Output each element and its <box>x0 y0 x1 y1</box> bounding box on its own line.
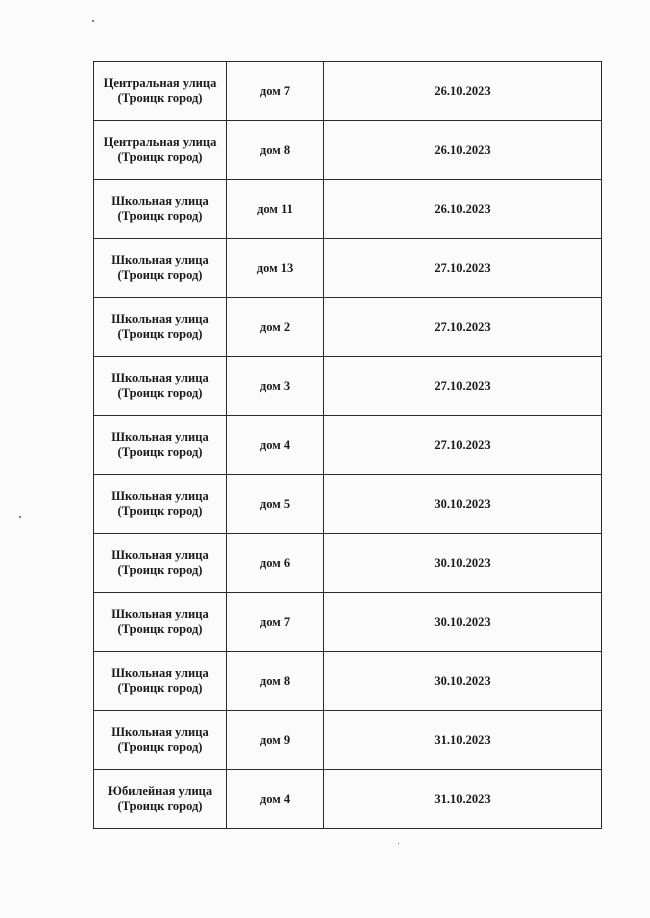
city-name: (Троицк город) <box>94 504 226 519</box>
schedule-table: Центральная улица (Троицк город) дом 7 2… <box>93 61 602 829</box>
street-name: Школьная улица <box>94 430 226 445</box>
street-name: Юбилейная улица <box>94 784 226 799</box>
house-cell: дом 8 <box>227 121 324 180</box>
date-cell: 30.10.2023 <box>324 475 602 534</box>
street-name: Школьная улица <box>94 312 226 327</box>
house-cell: дом 9 <box>227 711 324 770</box>
date-cell: 27.10.2023 <box>324 357 602 416</box>
scan-speck <box>398 843 399 844</box>
address-cell: Школьная улица (Троицк город) <box>94 593 227 652</box>
address-cell: Школьная улица (Троицк город) <box>94 180 227 239</box>
house-cell: дом 11 <box>227 180 324 239</box>
table-row: Школьная улица (Троицк город) дом 6 30.1… <box>94 534 602 593</box>
city-name: (Троицк город) <box>94 622 226 637</box>
address-cell: Школьная улица (Троицк город) <box>94 416 227 475</box>
city-name: (Троицк город) <box>94 445 226 460</box>
address-cell: Школьная улица (Троицк город) <box>94 357 227 416</box>
city-name: (Троицк город) <box>94 681 226 696</box>
date-cell: 31.10.2023 <box>324 711 602 770</box>
address-cell: Школьная улица (Троицк город) <box>94 298 227 357</box>
schedule-table-body: Центральная улица (Троицк город) дом 7 2… <box>94 62 602 829</box>
street-name: Школьная улица <box>94 607 226 622</box>
city-name: (Троицк город) <box>94 91 226 106</box>
table-row: Школьная улица (Троицк город) дом 13 27.… <box>94 239 602 298</box>
street-name: Школьная улица <box>94 725 226 740</box>
address-cell: Центральная улица (Троицк город) <box>94 121 227 180</box>
scan-speck <box>92 20 94 22</box>
table-row: Школьная улица (Троицк город) дом 9 31.1… <box>94 711 602 770</box>
date-cell: 30.10.2023 <box>324 652 602 711</box>
city-name: (Троицк город) <box>94 386 226 401</box>
house-cell: дом 3 <box>227 357 324 416</box>
street-name: Школьная улица <box>94 194 226 209</box>
table-row: Юбилейная улица (Троицк город) дом 4 31.… <box>94 770 602 829</box>
street-name: Школьная улица <box>94 489 226 504</box>
city-name: (Троицк город) <box>94 327 226 342</box>
date-cell: 26.10.2023 <box>324 121 602 180</box>
city-name: (Троицк город) <box>94 740 226 755</box>
address-cell: Школьная улица (Троицк город) <box>94 475 227 534</box>
address-cell: Школьная улица (Троицк город) <box>94 239 227 298</box>
house-cell: дом 7 <box>227 593 324 652</box>
address-cell: Центральная улица (Троицк город) <box>94 62 227 121</box>
street-name: Школьная улица <box>94 666 226 681</box>
table-row: Школьная улица (Троицк город) дом 11 26.… <box>94 180 602 239</box>
table-row: Школьная улица (Троицк город) дом 2 27.1… <box>94 298 602 357</box>
table-row: Школьная улица (Троицк город) дом 3 27.1… <box>94 357 602 416</box>
house-cell: дом 6 <box>227 534 324 593</box>
street-name: Школьная улица <box>94 548 226 563</box>
date-cell: 30.10.2023 <box>324 593 602 652</box>
street-name: Школьная улица <box>94 371 226 386</box>
house-cell: дом 4 <box>227 416 324 475</box>
date-cell: 27.10.2023 <box>324 416 602 475</box>
city-name: (Троицк город) <box>94 799 226 814</box>
city-name: (Троицк город) <box>94 150 226 165</box>
house-cell: дом 4 <box>227 770 324 829</box>
date-cell: 26.10.2023 <box>324 180 602 239</box>
city-name: (Троицк город) <box>94 563 226 578</box>
table-row: Центральная улица (Троицк город) дом 8 2… <box>94 121 602 180</box>
house-cell: дом 7 <box>227 62 324 121</box>
street-name: Центральная улица <box>94 76 226 91</box>
city-name: (Троицк город) <box>94 268 226 283</box>
street-name: Школьная улица <box>94 253 226 268</box>
date-cell: 30.10.2023 <box>324 534 602 593</box>
date-cell: 31.10.2023 <box>324 770 602 829</box>
date-cell: 27.10.2023 <box>324 239 602 298</box>
table-row: Школьная улица (Троицк город) дом 4 27.1… <box>94 416 602 475</box>
city-name: (Троицк город) <box>94 209 226 224</box>
date-cell: 27.10.2023 <box>324 298 602 357</box>
house-cell: дом 8 <box>227 652 324 711</box>
house-cell: дом 13 <box>227 239 324 298</box>
address-cell: Юбилейная улица (Троицк город) <box>94 770 227 829</box>
table-row: Школьная улица (Троицк город) дом 5 30.1… <box>94 475 602 534</box>
address-cell: Школьная улица (Троицк город) <box>94 534 227 593</box>
house-cell: дом 2 <box>227 298 324 357</box>
table-row: Школьная улица (Троицк город) дом 7 30.1… <box>94 593 602 652</box>
address-cell: Школьная улица (Троицк город) <box>94 652 227 711</box>
address-cell: Школьная улица (Троицк город) <box>94 711 227 770</box>
street-name: Центральная улица <box>94 135 226 150</box>
table-row: Центральная улица (Троицк город) дом 7 2… <box>94 62 602 121</box>
date-cell: 26.10.2023 <box>324 62 602 121</box>
table-row: Школьная улица (Троицк город) дом 8 30.1… <box>94 652 602 711</box>
house-cell: дом 5 <box>227 475 324 534</box>
scan-speck <box>19 516 21 518</box>
